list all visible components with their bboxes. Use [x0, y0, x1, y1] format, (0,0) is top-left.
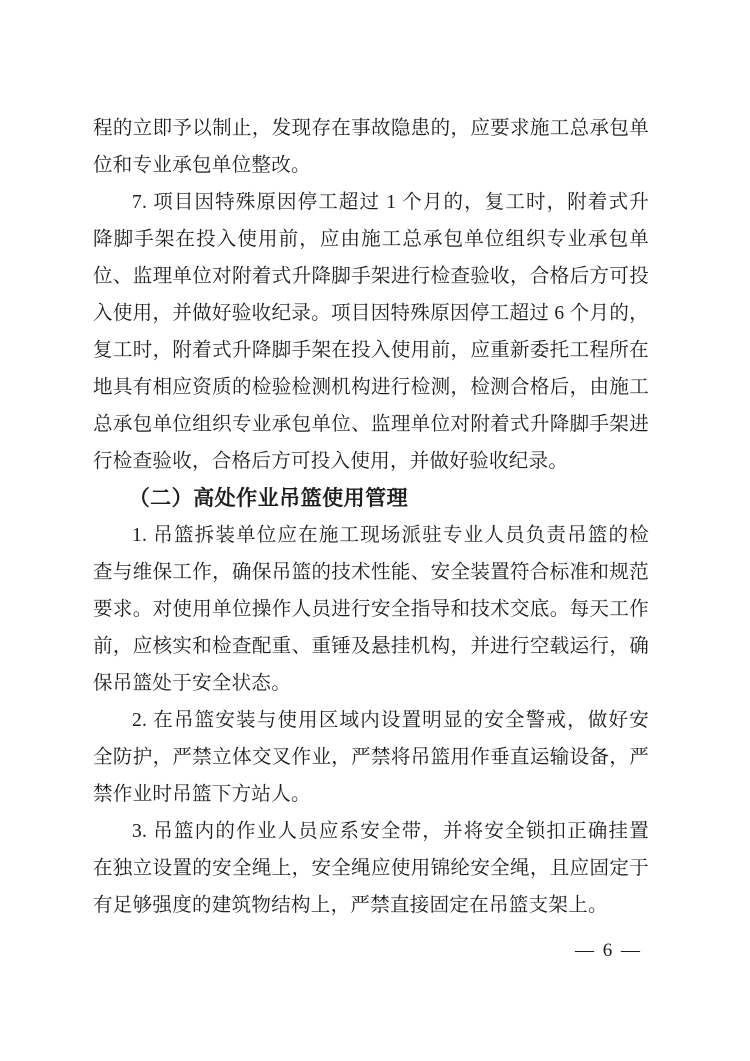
text-line: 复工时，附着式升降脚手架在投入使用前，应重新委托工程所在: [93, 332, 649, 369]
document-page: 程的立即予以制止，发现存在事故隐患的，应要求施工总承包单位和专业承包单位整改。7…: [0, 0, 750, 1061]
text-line: 7. 项目因特殊原因停工超过 1 个月的，复工时，附着式升: [93, 184, 649, 221]
text-line: 保吊篮处于安全状态。: [93, 665, 649, 702]
text-line: 前，应核实和检查配重、重锤及悬挂机构，并进行空载运行，确: [93, 628, 649, 665]
text-line: 程的立即予以制止，发现存在事故隐患的，应要求施工总承包单: [93, 110, 649, 147]
text-line: 禁作业时吊篮下方站人。: [93, 776, 649, 813]
text-line: 总承包单位组织专业承包单位、监理单位对附着式升降脚手架进: [93, 406, 649, 443]
document-body: 程的立即予以制止，发现存在事故隐患的，应要求施工总承包单位和专业承包单位整改。7…: [93, 110, 649, 924]
text-line: 2. 在吊篮安装与使用区域内设置明显的安全警戒，做好安: [93, 702, 649, 739]
text-line: 全防护，严禁立体交叉作业，严禁将吊篮用作垂直运输设备，严: [93, 739, 649, 776]
text-line: 有足够强度的建筑物结构上，严禁直接固定在吊篮支架上。: [93, 887, 649, 924]
text-line: 位和专业承包单位整改。: [93, 147, 649, 184]
text-line: 降脚手架在投入使用前，应由施工总承包单位组织专业承包单: [93, 221, 649, 258]
text-line: 1. 吊篮拆装单位应在施工现场派驻专业人员负责吊篮的检: [93, 517, 649, 554]
text-line: 位、监理单位对附着式升降脚手架进行检查验收，合格后方可投: [93, 258, 649, 295]
text-line: 要求。对使用单位操作人员进行安全指导和技术交底。每天工作: [93, 591, 649, 628]
text-line: 3. 吊篮内的作业人员应系安全带，并将安全锁扣正确挂置: [93, 813, 649, 850]
section-heading: （二）高处作业吊篮使用管理: [93, 480, 649, 517]
text-line: 查与维保工作，确保吊篮的技术性能、安全装置符合标准和规范: [93, 554, 649, 591]
text-line: 地具有相应资质的检验检测机构进行检测，检测合格后，由施工: [93, 369, 649, 406]
text-line: 行检查验收，合格后方可投入使用，并做好验收纪录。: [93, 443, 649, 480]
text-line: 入使用，并做好验收纪录。项目因特殊原因停工超过 6 个月的，: [93, 295, 649, 332]
page-number: — 6 —: [575, 938, 642, 964]
text-line: 在独立设置的安全绳上，安全绳应使用锦纶安全绳，且应固定于: [93, 850, 649, 887]
